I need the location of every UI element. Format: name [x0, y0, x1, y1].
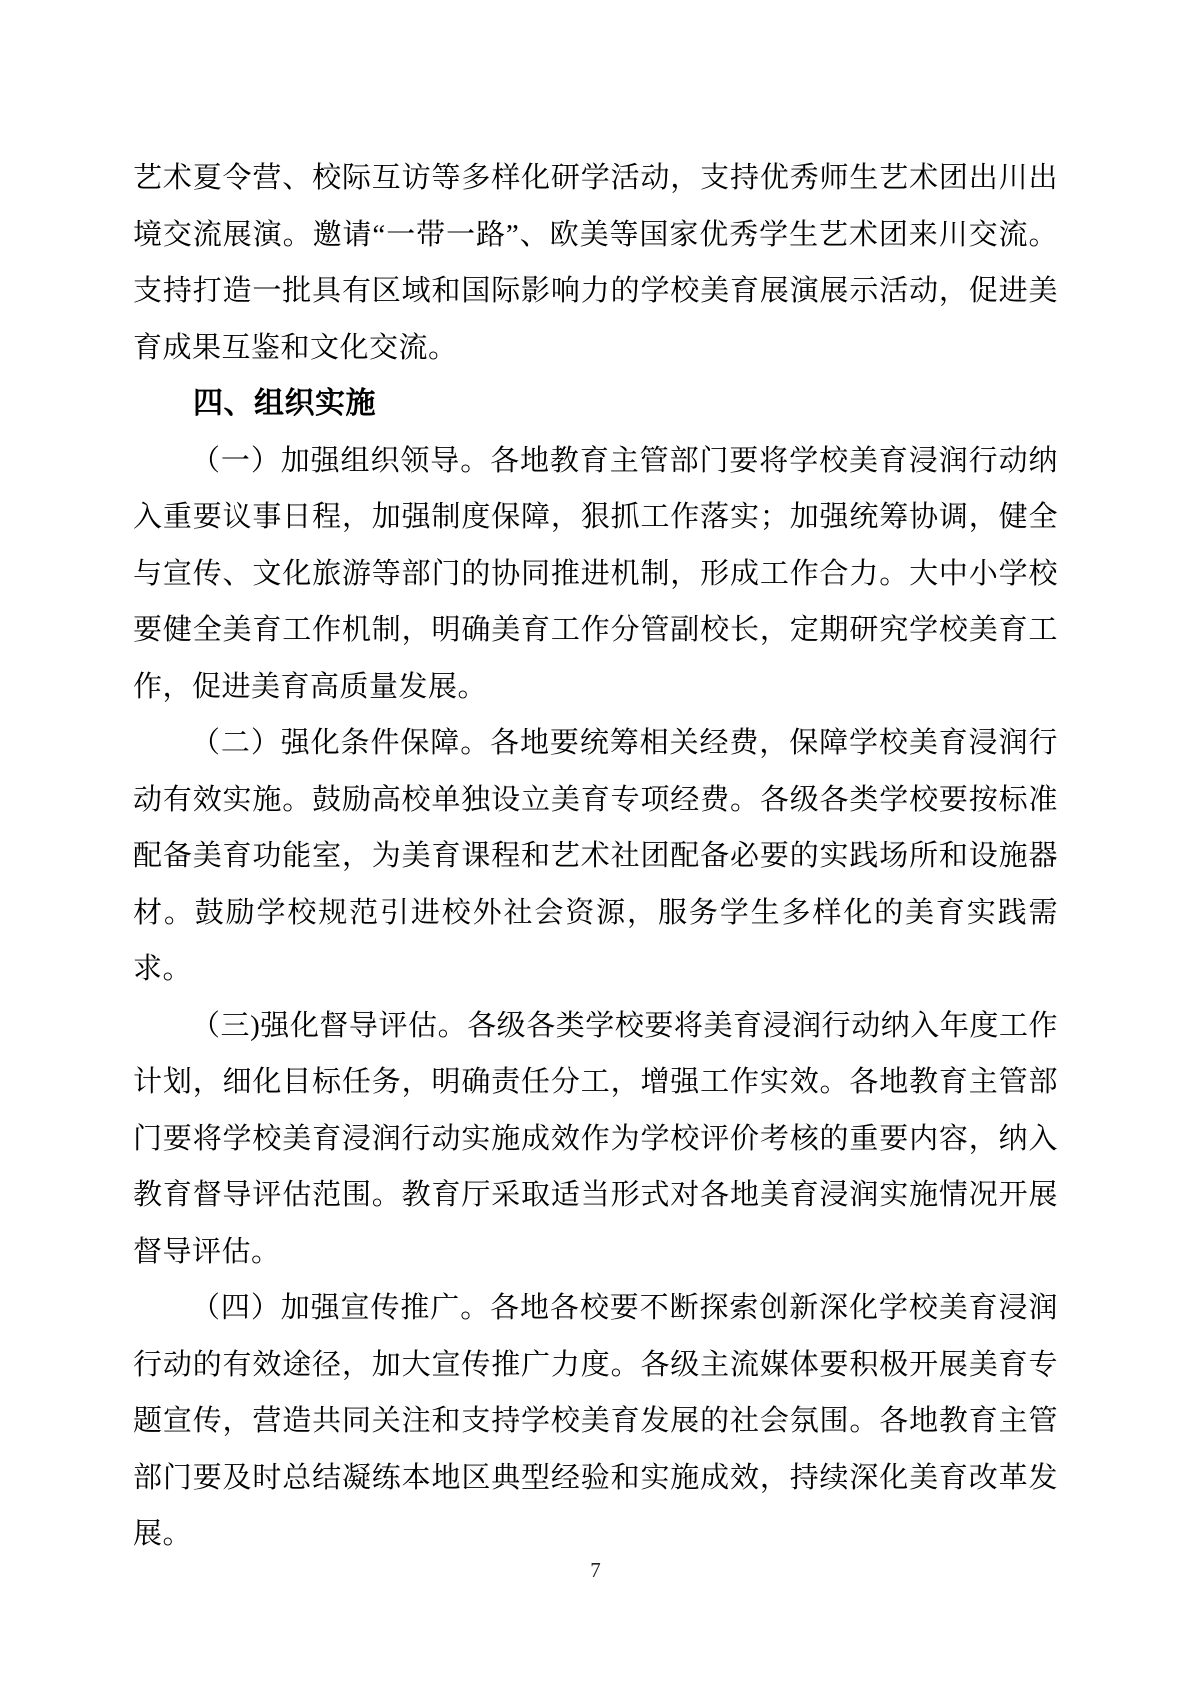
section-heading: 四、组织实施 — [133, 376, 1058, 433]
document-body: 艺术夏令营、校际互访等多样化研学活动，支持优秀师生艺术团出川出境交流展演。邀请“… — [133, 150, 1058, 1563]
paragraph-item-4: （四）加强宣传推广。各地各校要不断探索创新深化学校美育浸润行动的有效途径，加大宣… — [133, 1280, 1058, 1563]
paragraph-continuation: 艺术夏令营、校际互访等多样化研学活动，支持优秀师生艺术团出川出境交流展演。邀请“… — [133, 150, 1058, 376]
page-number: 7 — [0, 1556, 1191, 1584]
paragraph-item-3: （三)强化督导评估。各级各类学校要将美育浸润行动纳入年度工作计划，细化目标任务，… — [133, 998, 1058, 1281]
document-page: 艺术夏令营、校际互访等多样化研学活动，支持优秀师生艺术团出川出境交流展演。邀请“… — [0, 0, 1191, 1684]
paragraph-item-1: （一）加强组织领导。各地教育主管部门要将学校美育浸润行动纳入重要议事日程，加强制… — [133, 433, 1058, 716]
paragraph-item-2: （二）强化条件保障。各地要统筹相关经费，保障学校美育浸润行动有效实施。鼓励高校单… — [133, 715, 1058, 998]
